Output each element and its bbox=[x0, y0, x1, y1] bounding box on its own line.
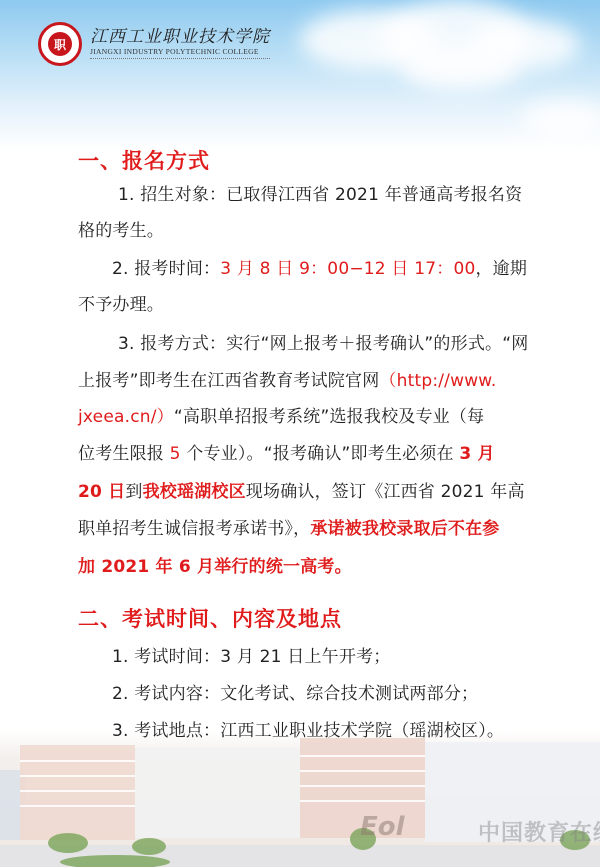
text-segment: 上报考”即考生在江西省教育考试院官网 bbox=[78, 371, 379, 391]
website-link-text: （http://www. bbox=[379, 371, 496, 391]
college-seal-icon: 职 bbox=[38, 22, 82, 66]
seal-glyph: 职 bbox=[48, 32, 72, 56]
highlighted-text: 我校瑶湖校区 bbox=[143, 482, 246, 502]
paragraph-line: 1. 招生对象：已取得江西省 2021 年普通高考报名资 bbox=[118, 180, 522, 205]
building-stripe bbox=[300, 755, 425, 757]
eol-watermark-text: 中国教育在线 bbox=[478, 816, 600, 847]
paragraph-line: 2. 考试内容：文化考试、综合技术测试两部分； bbox=[112, 679, 478, 704]
paragraph-line: 加 2021 年 6 月举行的统一高考。 bbox=[78, 552, 352, 577]
section-heading: 一、报名方式 bbox=[78, 145, 210, 175]
text-segment: 格的考生。 bbox=[78, 221, 164, 241]
highlighted-text: 5 bbox=[170, 444, 181, 464]
paragraph-line: 3. 报考方式：实行“网上报考＋报考确认”的形式。“网 bbox=[118, 329, 528, 354]
text-segment: 2. 考试内容：文化考试、综合技术测试两部分； bbox=[112, 684, 478, 704]
paragraph-line: 20 日到我校瑶湖校区现场确认，签订《江西省 2021 年高 bbox=[78, 477, 525, 502]
text-segment: 职单招考生诚信报考承诺书》， bbox=[78, 519, 310, 539]
paragraph-line: 2. 报考时间：3 月 8 日 9：00−12 日 17：00，逾期 bbox=[112, 254, 527, 279]
shrub bbox=[60, 855, 170, 867]
flyer-page: 职 江西工业职业技术学院 JIANGXI INDUSTRY POLYTECHNI… bbox=[0, 0, 600, 867]
text-segment: 到 bbox=[125, 482, 142, 502]
paragraph-line: 1. 考试时间：3 月 21 日上午开考； bbox=[112, 642, 390, 667]
text-segment: ，逾期 bbox=[475, 259, 527, 279]
text-segment: 2. 报考时间： bbox=[112, 259, 220, 279]
text-segment: 位考生限报 bbox=[78, 444, 170, 464]
paragraph-line: jxeea.cn/）“高职单招报考系统”选报我校及专业（每 bbox=[78, 402, 484, 427]
text-segment: 不予办理。 bbox=[78, 295, 164, 315]
college-name-cn: 江西工业职业技术学院 bbox=[90, 27, 270, 47]
paragraph-line: 位考生限报 5 个专业）。“报考确认”即考生必须在 3 月 bbox=[78, 439, 495, 464]
paragraph-line: 职单招考生诚信报考承诺书》，承诺被我校录取后不在参 bbox=[78, 514, 500, 539]
cloud-decoration bbox=[520, 100, 600, 140]
paragraph-line: 3. 考试地点：江西工业职业技术学院（瑶湖校区）。 bbox=[112, 716, 504, 741]
highlighted-text: 3 月 bbox=[459, 444, 494, 464]
building-stripe bbox=[300, 800, 425, 802]
tree bbox=[48, 833, 88, 853]
text-segment: 3. 考试地点：江西工业职业技术学院（瑶湖校区）。 bbox=[112, 721, 504, 741]
text-segment: “高职单招报考系统”选报我校及专业（每 bbox=[174, 407, 484, 427]
website-link-text: jxeea.cn/） bbox=[78, 407, 174, 427]
eol-watermark-logo: Eol bbox=[360, 812, 405, 842]
paragraph-line: 不予办理。 bbox=[78, 290, 164, 315]
logo-underline bbox=[90, 58, 270, 61]
college-name-en: JIANGXI INDUSTRY POLYTECHNIC COLLEGE bbox=[90, 47, 270, 56]
logo-text: 江西工业职业技术学院 JIANGXI INDUSTRY POLYTECHNIC … bbox=[90, 27, 270, 61]
building-stripe bbox=[20, 760, 135, 762]
text-segment: 现场确认，签订《江西省 2021 年高 bbox=[246, 482, 525, 502]
building-stripe bbox=[20, 790, 135, 792]
text-segment: 个专业）。“报考确认”即考生必须在 bbox=[181, 444, 460, 464]
text-segment: 1. 招生对象：已取得江西省 2021 年普通高考报名资 bbox=[118, 185, 522, 205]
highlighted-text: 加 2021 年 6 月举行的统一高考。 bbox=[78, 557, 352, 577]
highlighted-text: 3 月 8 日 9：00−12 日 17：00 bbox=[220, 259, 475, 279]
college-logo: 职 江西工业职业技术学院 JIANGXI INDUSTRY POLYTECHNI… bbox=[38, 22, 270, 66]
cloud-decoration bbox=[400, 50, 520, 90]
text-segment: 3. 报考方式：实行“网上报考＋报考确认”的形式。“网 bbox=[118, 334, 528, 354]
highlighted-text: 承诺被我校录取后不在参 bbox=[310, 519, 499, 539]
highlighted-text: 20 日 bbox=[78, 482, 125, 502]
paragraph-line: 格的考生。 bbox=[78, 216, 164, 241]
tree bbox=[132, 838, 166, 855]
section-heading: 二、考试时间、内容及地点 bbox=[78, 603, 342, 633]
building-image bbox=[135, 748, 300, 838]
building-stripe bbox=[20, 805, 135, 807]
building-stripe bbox=[300, 770, 425, 772]
text-segment: 1. 考试时间：3 月 21 日上午开考； bbox=[112, 647, 390, 667]
building-stripe bbox=[300, 785, 425, 787]
paragraph-line: 上报考”即考生在江西省教育考试院官网（http://www. bbox=[78, 366, 496, 391]
building-stripe bbox=[20, 775, 135, 777]
